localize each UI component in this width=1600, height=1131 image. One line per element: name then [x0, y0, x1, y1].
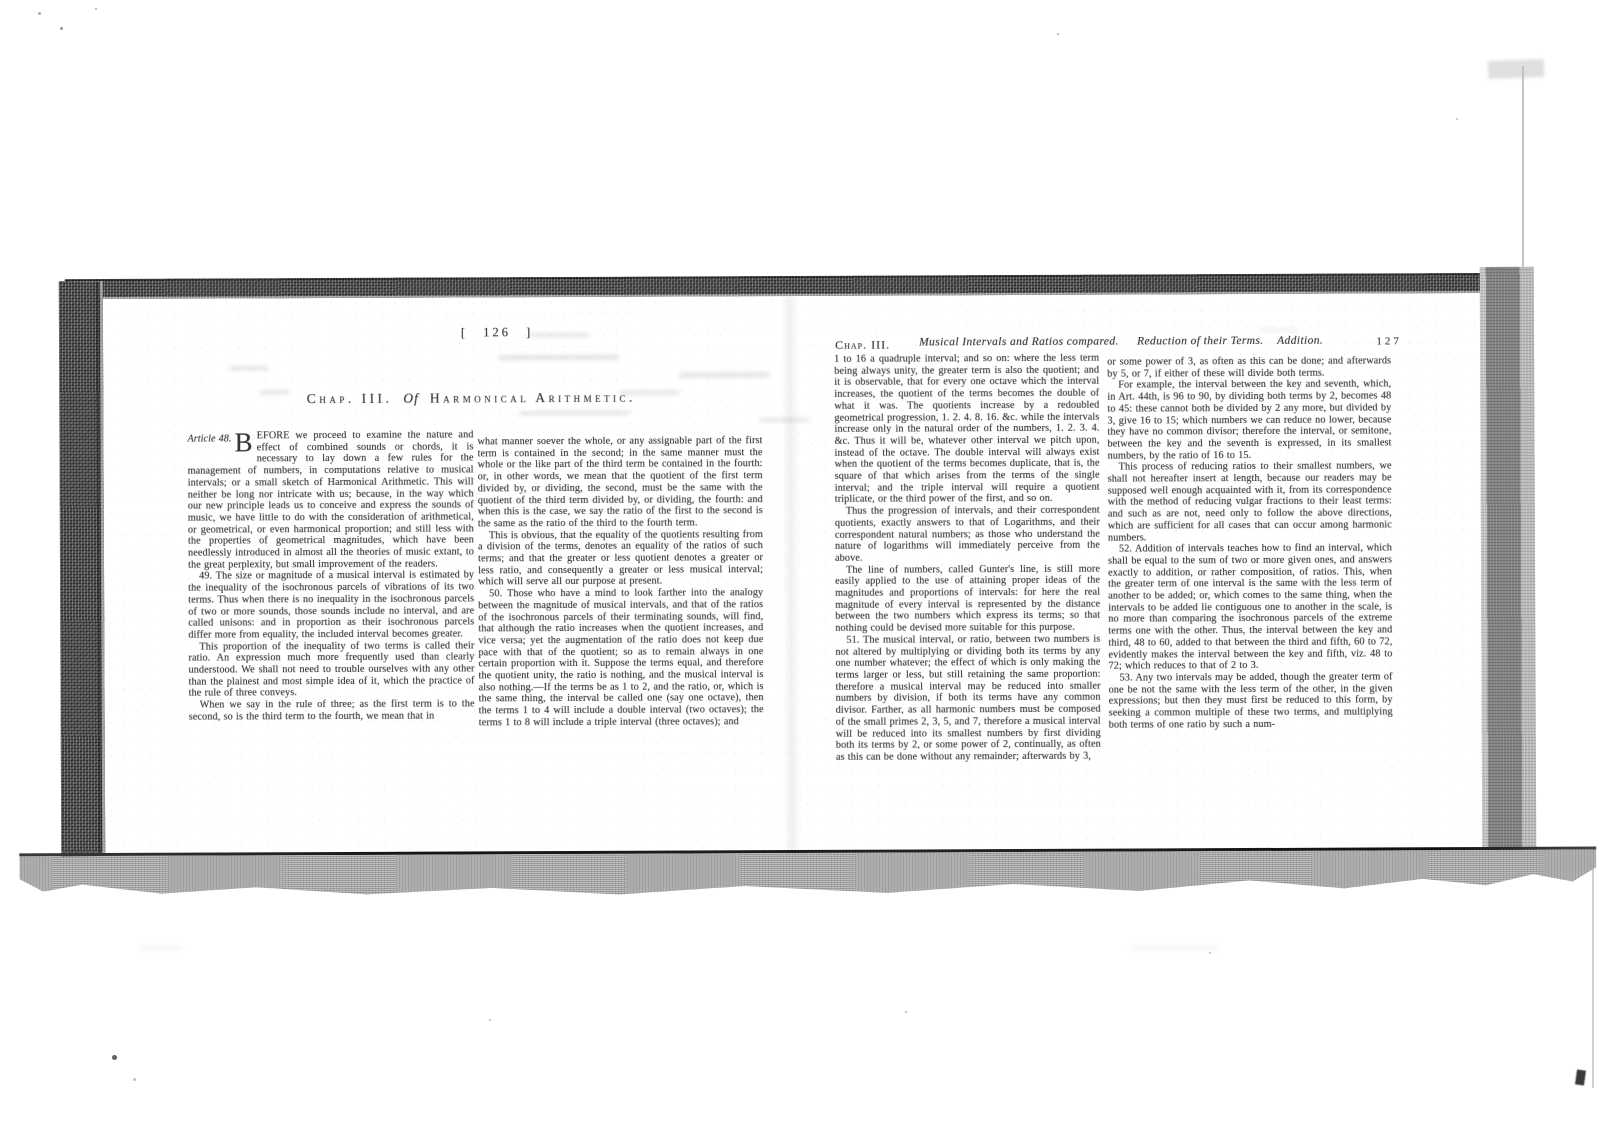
scan-speck [1209, 952, 1211, 954]
paragraph-quadruple-interval: 1 to 16 a quadruple interval; and so on:… [834, 353, 1100, 506]
right-page-column-1: 1 to 16 a quadruple interval; and so on:… [834, 353, 1101, 764]
right-running-head-title-2: Reduction of their Terms. [1137, 335, 1264, 348]
paragraph-reducing-process: This process of reducing ratios to their… [1108, 461, 1392, 544]
paragraph-example-96-90: For example, the interval between the ke… [1107, 379, 1391, 462]
scan-smudge [229, 366, 269, 370]
right-running-head-title-3: Addition. [1277, 335, 1323, 347]
right-page-column-2: or some power of 3, as often as this can… [1107, 355, 1393, 731]
right-running-head-chap: Chap. III. [835, 338, 890, 353]
scan-corner-mark [1575, 1069, 1586, 1085]
scan-smudge [1259, 328, 1299, 332]
right-page-number: 127 [1349, 335, 1429, 347]
scan-speck [95, 8, 97, 10]
scan-border-bottom [19, 847, 1596, 902]
scan-speck [1057, 33, 1059, 35]
paragraph-53: 53. Any two intervals may be added, thou… [1108, 671, 1392, 731]
paragraph-50: 50. Those who have a mind to look farthe… [478, 587, 764, 729]
chapter-label: Chap. III. [307, 391, 393, 406]
scan-smudge [519, 411, 629, 415]
left-page-column-2: what manner soever the whole, or any ass… [477, 435, 763, 729]
paragraph-article-48: Article 48.BEFORE we proceed to examine … [187, 429, 474, 571]
scanned-book-page: [ 126 ] Chap. III. Of Harmonical Arithme… [0, 0, 1600, 1131]
scan-smudge [1130, 946, 1220, 951]
scan-speck [905, 1011, 907, 1013]
paragraph-logarithms: Thus the progression of intervals, and t… [835, 505, 1100, 565]
drop-cap: B [234, 427, 252, 457]
left-page-column-1: Article 48.BEFORE we proceed to examine … [187, 429, 474, 723]
scan-speck [60, 27, 63, 30]
chapter-heading: Chap. III. Of Harmonical Arithmetic. [151, 388, 791, 409]
chapter-title: Harmonical Arithmetic. [430, 390, 636, 406]
paragraph-lead: Article 48.B [187, 431, 252, 455]
scan-speck [38, 12, 41, 15]
page-edge-patch-top-right [1488, 59, 1545, 79]
paragraph-52-addition: 52. Addition of intervals teaches how to… [1108, 543, 1393, 673]
scan-smudge [499, 355, 619, 361]
book-spread: [ 126 ] Chap. III. Of Harmonical Arithme… [59, 265, 1536, 859]
paragraph-51: 51. The musical interval, or ratio, betw… [835, 634, 1101, 764]
scan-speck [1456, 118, 1458, 120]
paragraph-ratio: This proportion of the inequality of two… [188, 640, 474, 700]
paragraph-gunters-line: The line of numbers, called Gunter's lin… [835, 563, 1100, 634]
paragraph-power-of-3: or some power of 3, as often as this can… [1107, 355, 1391, 380]
paragraph-rule-of-three: When we say in the rule of three; as the… [189, 699, 475, 724]
chapter-of: Of [403, 391, 419, 406]
scan-speck [133, 1078, 136, 1081]
scan-speck [489, 1019, 491, 1021]
article-label: Article 48. [187, 433, 231, 445]
paragraph-continuation: what manner soever the whole, or any ass… [477, 435, 762, 530]
scan-smudge [679, 372, 769, 377]
page-gutter [781, 296, 801, 852]
page-edge-line-top-right [1522, 66, 1524, 282]
scan-page-edges-right [1480, 267, 1537, 855]
paragraph-obvious: This is obvious, that the equality of th… [478, 529, 763, 589]
page-bottom-fringe [19, 850, 1596, 899]
scan-smudge [140, 946, 182, 951]
right-running-head-title-1: Musical Intervals and Ratios compared. [919, 336, 1119, 349]
left-page-number: [ 126 ] [397, 325, 597, 341]
scan-border-left [59, 281, 106, 857]
scan-speck [112, 1055, 117, 1060]
scan-smudge [759, 418, 809, 422]
paragraph-49: 49. The size or magnitude of a musical i… [188, 570, 474, 641]
